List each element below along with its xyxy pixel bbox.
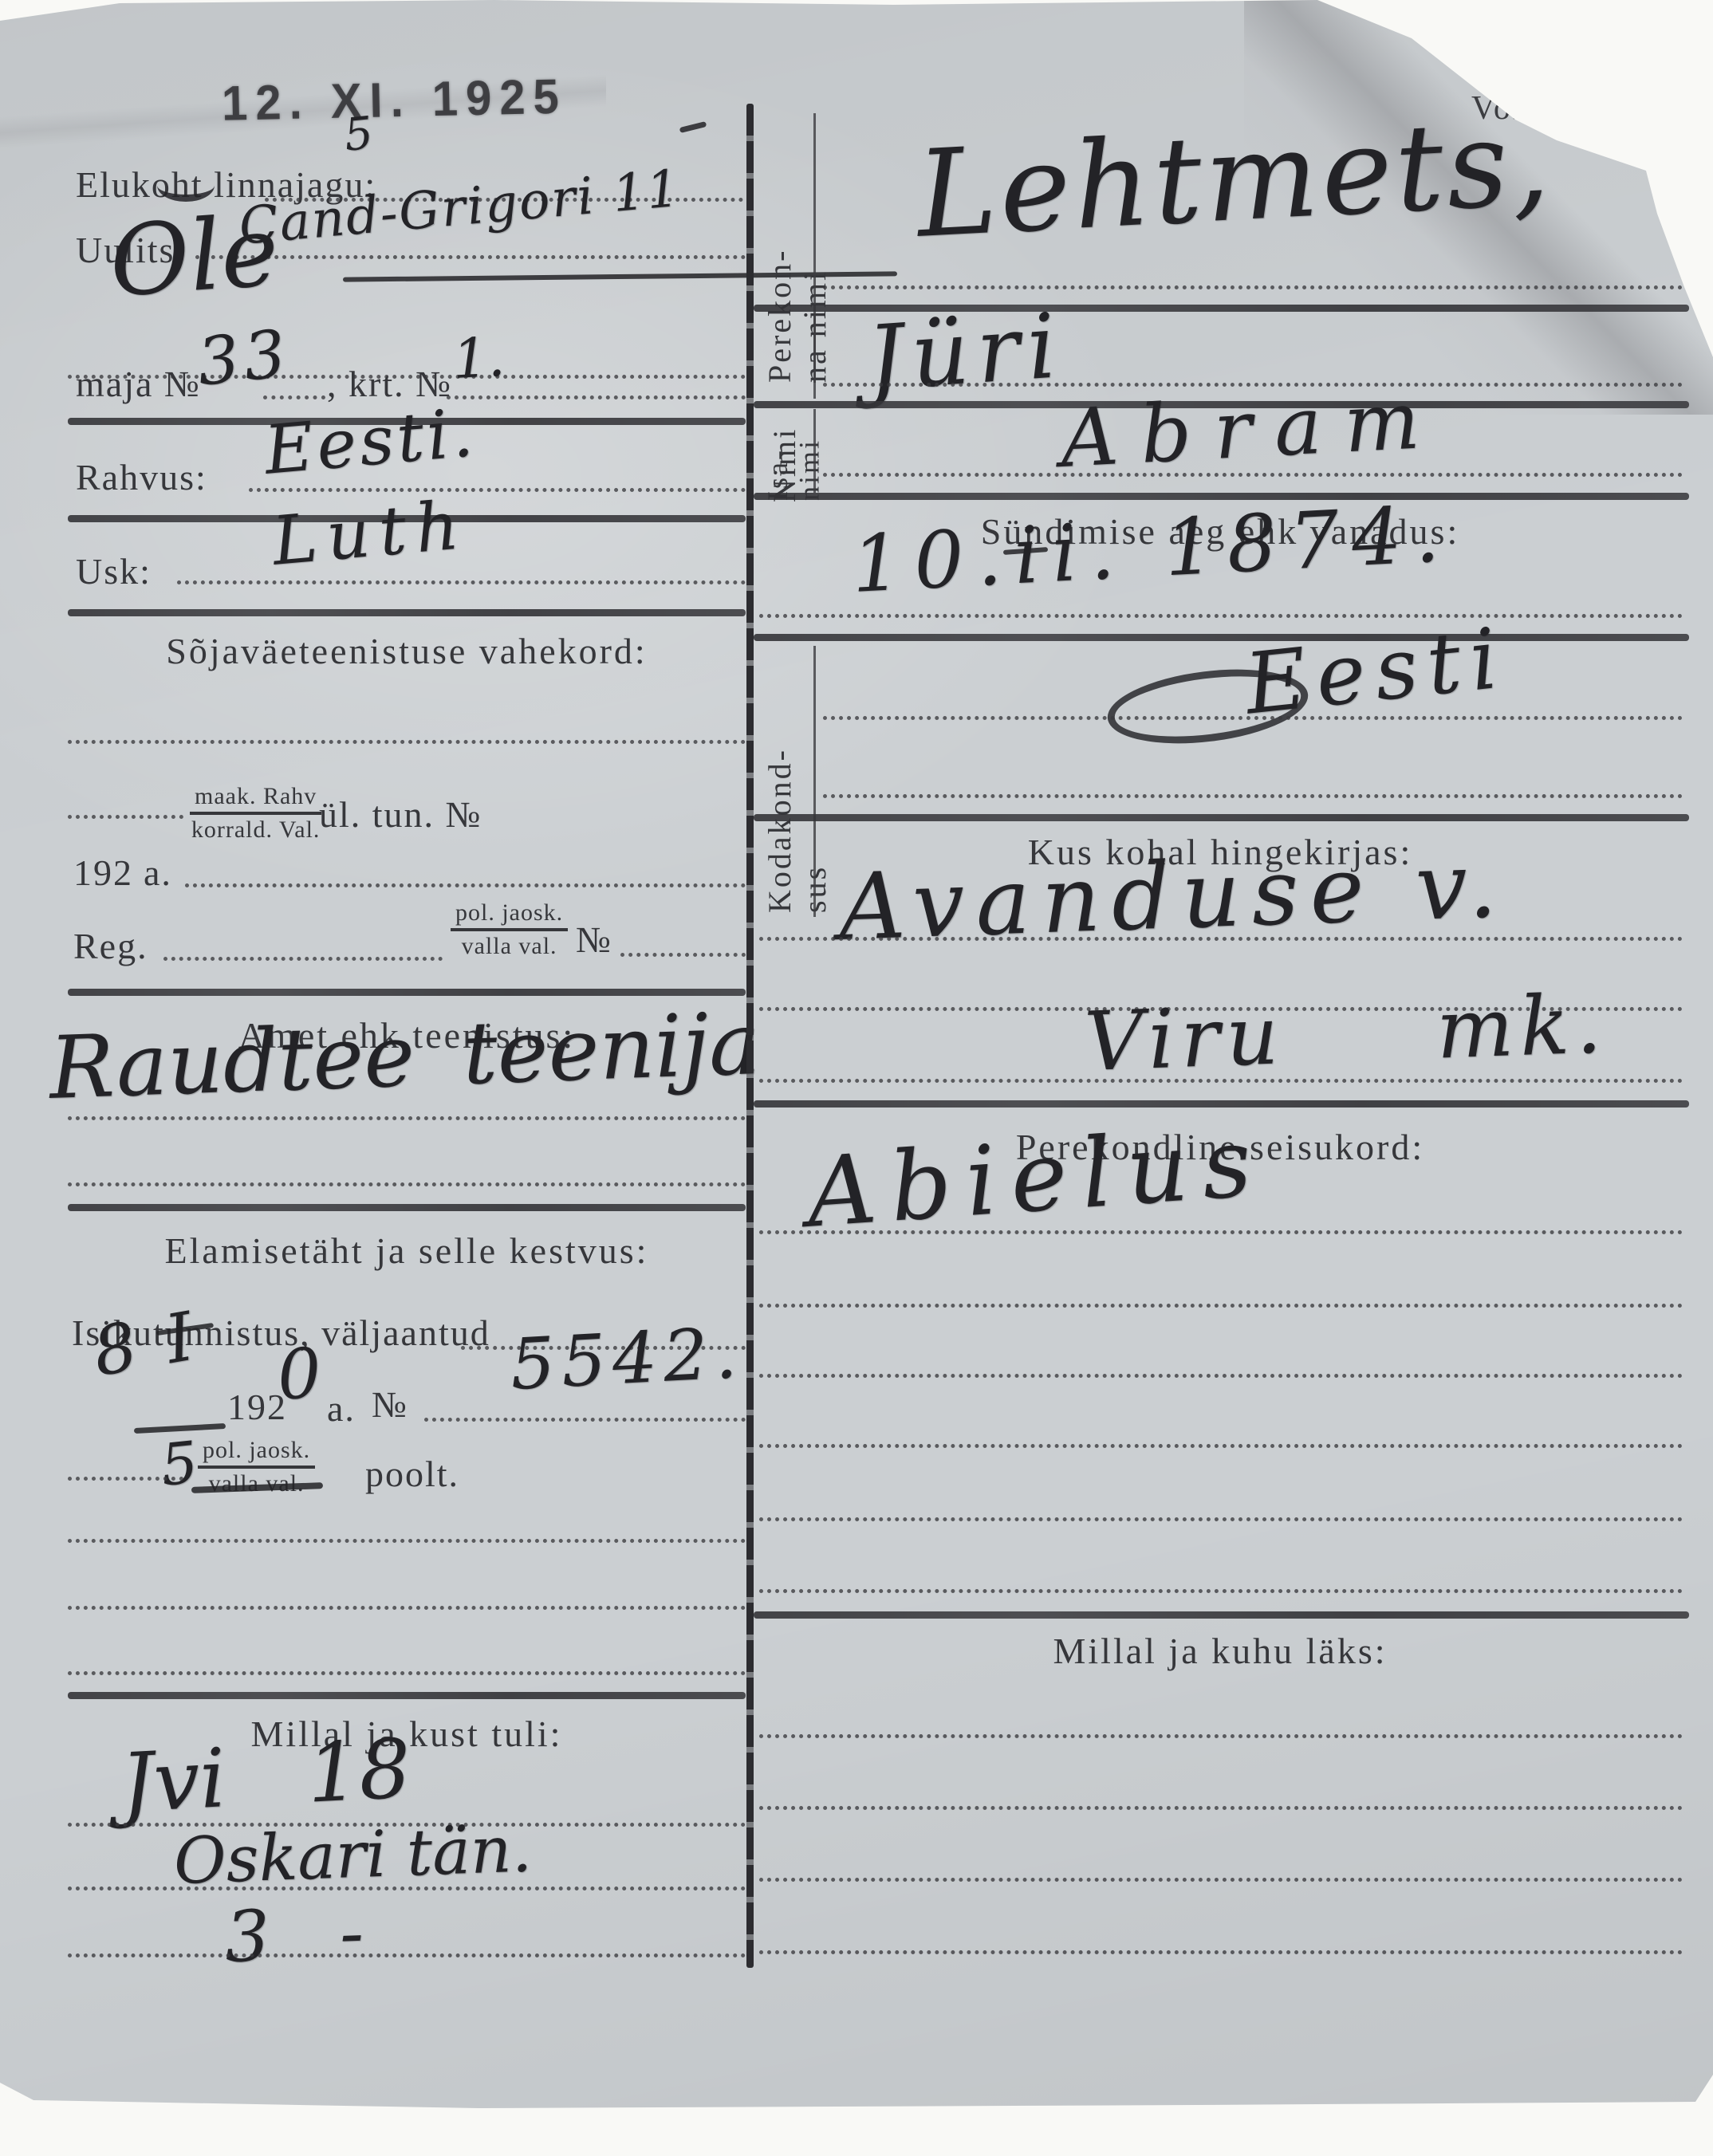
kodakondsus-label-line1: Kodakond- [762, 654, 797, 913]
blank-line [759, 1589, 1683, 1593]
label-rule [813, 409, 816, 493]
isik-day-value: 8 I [87, 1296, 203, 1391]
isanimi-label: Isa- nimi [762, 413, 825, 501]
maak-fraction-bottom: korrald. Val. [190, 815, 321, 844]
blank-line [759, 1230, 1683, 1234]
rahvus-line [249, 488, 746, 492]
elamisetaht-heading: Elamisetäht ja selle kestvus: [68, 1229, 746, 1272]
isanimi-value: Abram [1058, 372, 1444, 486]
divider [68, 1692, 746, 1699]
nimi-value: Jüri [864, 294, 1067, 411]
isik-number-line [424, 1418, 746, 1422]
hingekirjas-line3 [759, 1079, 1683, 1083]
blank-line [759, 1734, 1683, 1738]
blank-line [68, 1539, 746, 1543]
blank-line [759, 1444, 1683, 1448]
pol2-fraction-top: pol. jaosk. [198, 1437, 315, 1469]
isik-year-value: 0 [275, 1333, 325, 1416]
maak-fraction-top: maak. Rahv [190, 783, 321, 815]
krt-value: 1. [451, 326, 506, 391]
label-rule [813, 315, 816, 399]
kodakondsus-line1 [823, 716, 1683, 720]
blank-line [68, 1477, 183, 1481]
maja-label: maja № [76, 363, 201, 405]
kodakondsus-label: Kodakond- sus [762, 654, 833, 913]
kodakondsus-line2 [823, 794, 1683, 798]
isik-no-label: № [372, 1383, 408, 1426]
poolt-label: poolt. [365, 1453, 459, 1495]
pen-mark [157, 169, 215, 202]
divider [68, 609, 746, 616]
date-stamp: 12. XI. 1925 [221, 68, 567, 132]
kodakondsus-value: Eesti [1241, 609, 1511, 734]
a-label: a. [144, 852, 172, 894]
usk-label: Usk: [76, 550, 152, 592]
ul-tun-label: ül. tun. № [319, 793, 482, 836]
blank-line [759, 1878, 1683, 1882]
perekonnanimi-line [823, 285, 1683, 289]
krt-line [447, 395, 746, 399]
amet-value: Raudtee teenija [48, 994, 762, 1119]
divider [754, 1100, 1689, 1108]
pol-fraction-bottom: valla val. [451, 931, 568, 960]
blank-line [759, 1950, 1683, 1954]
sundimise-value: 10.ii. 1874. [849, 489, 1454, 611]
label-rule [813, 646, 816, 917]
year-192-label: 192 [73, 852, 133, 894]
usk-line [177, 580, 746, 584]
divider [754, 1611, 1689, 1619]
divider [754, 814, 1689, 821]
blank-line [759, 1517, 1683, 1521]
column-divider [746, 104, 754, 1968]
reg-line [163, 957, 443, 961]
tuli-line3 [68, 1953, 746, 1957]
isik-a-label: a. [327, 1387, 356, 1430]
pol-fraction: pol. jaosk. valla val. [451, 899, 568, 960]
blank-line [759, 1304, 1683, 1308]
no-line [620, 953, 746, 957]
elukoht-value: 5 [342, 107, 376, 161]
year-line [185, 883, 746, 887]
usk-value: Luth [270, 486, 471, 580]
divider [754, 493, 1689, 500]
registration-card-paper: 12. XI. 1925 Vorm Elukoht linnajagu: 5 U… [0, 0, 1713, 2156]
tuli-value1: Jvi 18 [119, 1721, 413, 1831]
rahvus-label: Rahvus: [76, 456, 207, 498]
sojavae-heading: Sõjaväeteenistuse vahekord: [68, 630, 746, 672]
divider [68, 989, 746, 996]
isanimi-label-line1: Isa- [762, 413, 794, 501]
blank-line [759, 1806, 1683, 1810]
isanimi-line [823, 473, 1683, 477]
reg-label: Reg. [73, 925, 148, 967]
laks-heading: Millal ja kuhu läks: [758, 1630, 1683, 1672]
tuli-line2 [68, 1886, 746, 1890]
maja-line [263, 395, 325, 399]
maak-fraction: maak. Rahv korrald. Val. [190, 783, 321, 844]
divider [754, 634, 1689, 641]
hingekirjas-line1 [759, 937, 1683, 941]
hingekirjas-value1: Avanduse v. [837, 832, 1510, 962]
pol-fraction-top: pol. jaosk. [451, 899, 568, 931]
pen-mark [679, 121, 707, 133]
amet-line [68, 1116, 746, 1120]
tuli-value2: Oskari tän. [172, 1812, 533, 1898]
divider [68, 1204, 746, 1211]
hingekirjas-value2: Viru mk. [1083, 977, 1609, 1090]
blank-line [759, 1374, 1683, 1378]
no-label: № [576, 919, 612, 961]
isanimi-label-line2: nimi [794, 413, 826, 501]
sundimise-line [759, 614, 1683, 618]
blank-line [68, 1671, 746, 1675]
rahvus-value: Eesti. [262, 393, 479, 490]
blank-line [68, 1606, 746, 1610]
blank-line [68, 815, 183, 819]
maja-value: 33 [194, 316, 294, 401]
blank-line [68, 1182, 746, 1186]
tuli-value3: 3 - [223, 1891, 364, 1978]
blank-line [68, 740, 746, 744]
isik-number-value: 5542. [508, 1312, 745, 1406]
